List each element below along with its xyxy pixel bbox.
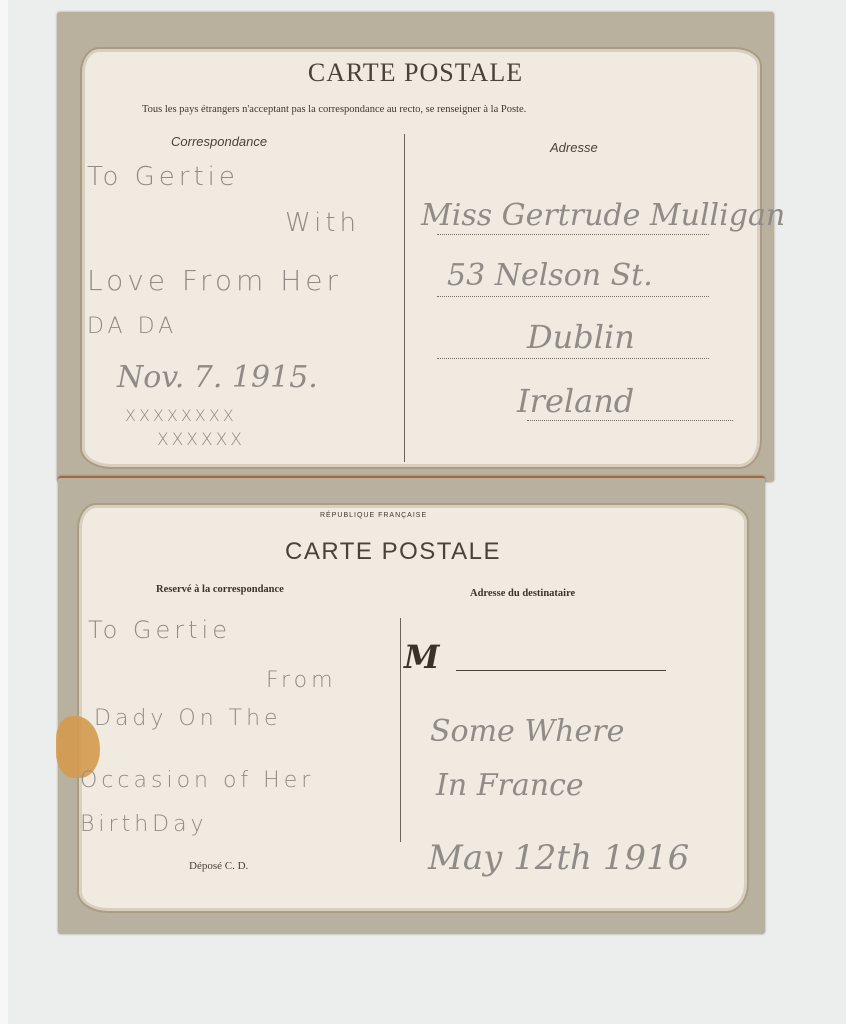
address-street: 53 Nelson St. [447, 258, 653, 293]
kisses-line: XXXXXX [157, 430, 245, 450]
postal-notice: Tous les pays étrangers n'acceptant pas … [142, 104, 526, 115]
address-city: Dublin [527, 318, 635, 356]
address-line-1 [437, 234, 709, 235]
message-line: With [285, 208, 360, 238]
message-line: Love From Her [87, 264, 342, 297]
address-line-3 [437, 358, 709, 359]
republic-header: RÉPUBLIQUE FRANÇAISE [320, 512, 427, 519]
message-line: Occasion of Her [80, 768, 314, 793]
postcard-top: CARTE POSTALE Tous les pays étrangers n'… [57, 12, 774, 482]
kisses-line: XXXXXXXX [125, 406, 237, 425]
deposit-mark: Déposé C. D. [189, 860, 248, 872]
message-line: Dady On The [94, 706, 282, 731]
message-line: BirthDay [80, 812, 208, 837]
center-divider [404, 134, 405, 462]
address-country: Ireland [517, 382, 634, 420]
address-line-4 [527, 420, 733, 421]
destination-line: In France [436, 768, 584, 803]
center-divider [400, 618, 401, 842]
message-line: To Gertie [88, 616, 231, 644]
message-line: DA DA [87, 314, 177, 339]
address-prefix: M [404, 638, 439, 676]
message-date: May 12th 1916 [428, 838, 689, 878]
scan-edge [0, 0, 8, 1024]
postcard-title: CARTE POSTALE [58, 538, 728, 566]
message-date: Nov. 7. 1915. [117, 360, 318, 395]
correspondence-label: Correspondance [171, 134, 267, 149]
address-label: Adresse [550, 140, 598, 155]
address-line [456, 670, 666, 671]
address-line-2 [437, 296, 709, 297]
postcard-bottom: RÉPUBLIQUE FRANÇAISE CARTE POSTALE Reser… [58, 476, 765, 934]
destination-line: Some Where [430, 714, 624, 749]
message-line: From [266, 668, 337, 693]
message-line: To Gertie [87, 162, 239, 192]
address-recipient: Miss Gertrude Mulligan [421, 198, 785, 233]
postcard-title: CARTE POSTALE [57, 58, 774, 88]
correspondence-label: Reservé à la correspondance [156, 584, 284, 595]
recipient-label: Adresse du destinataire [470, 588, 575, 599]
